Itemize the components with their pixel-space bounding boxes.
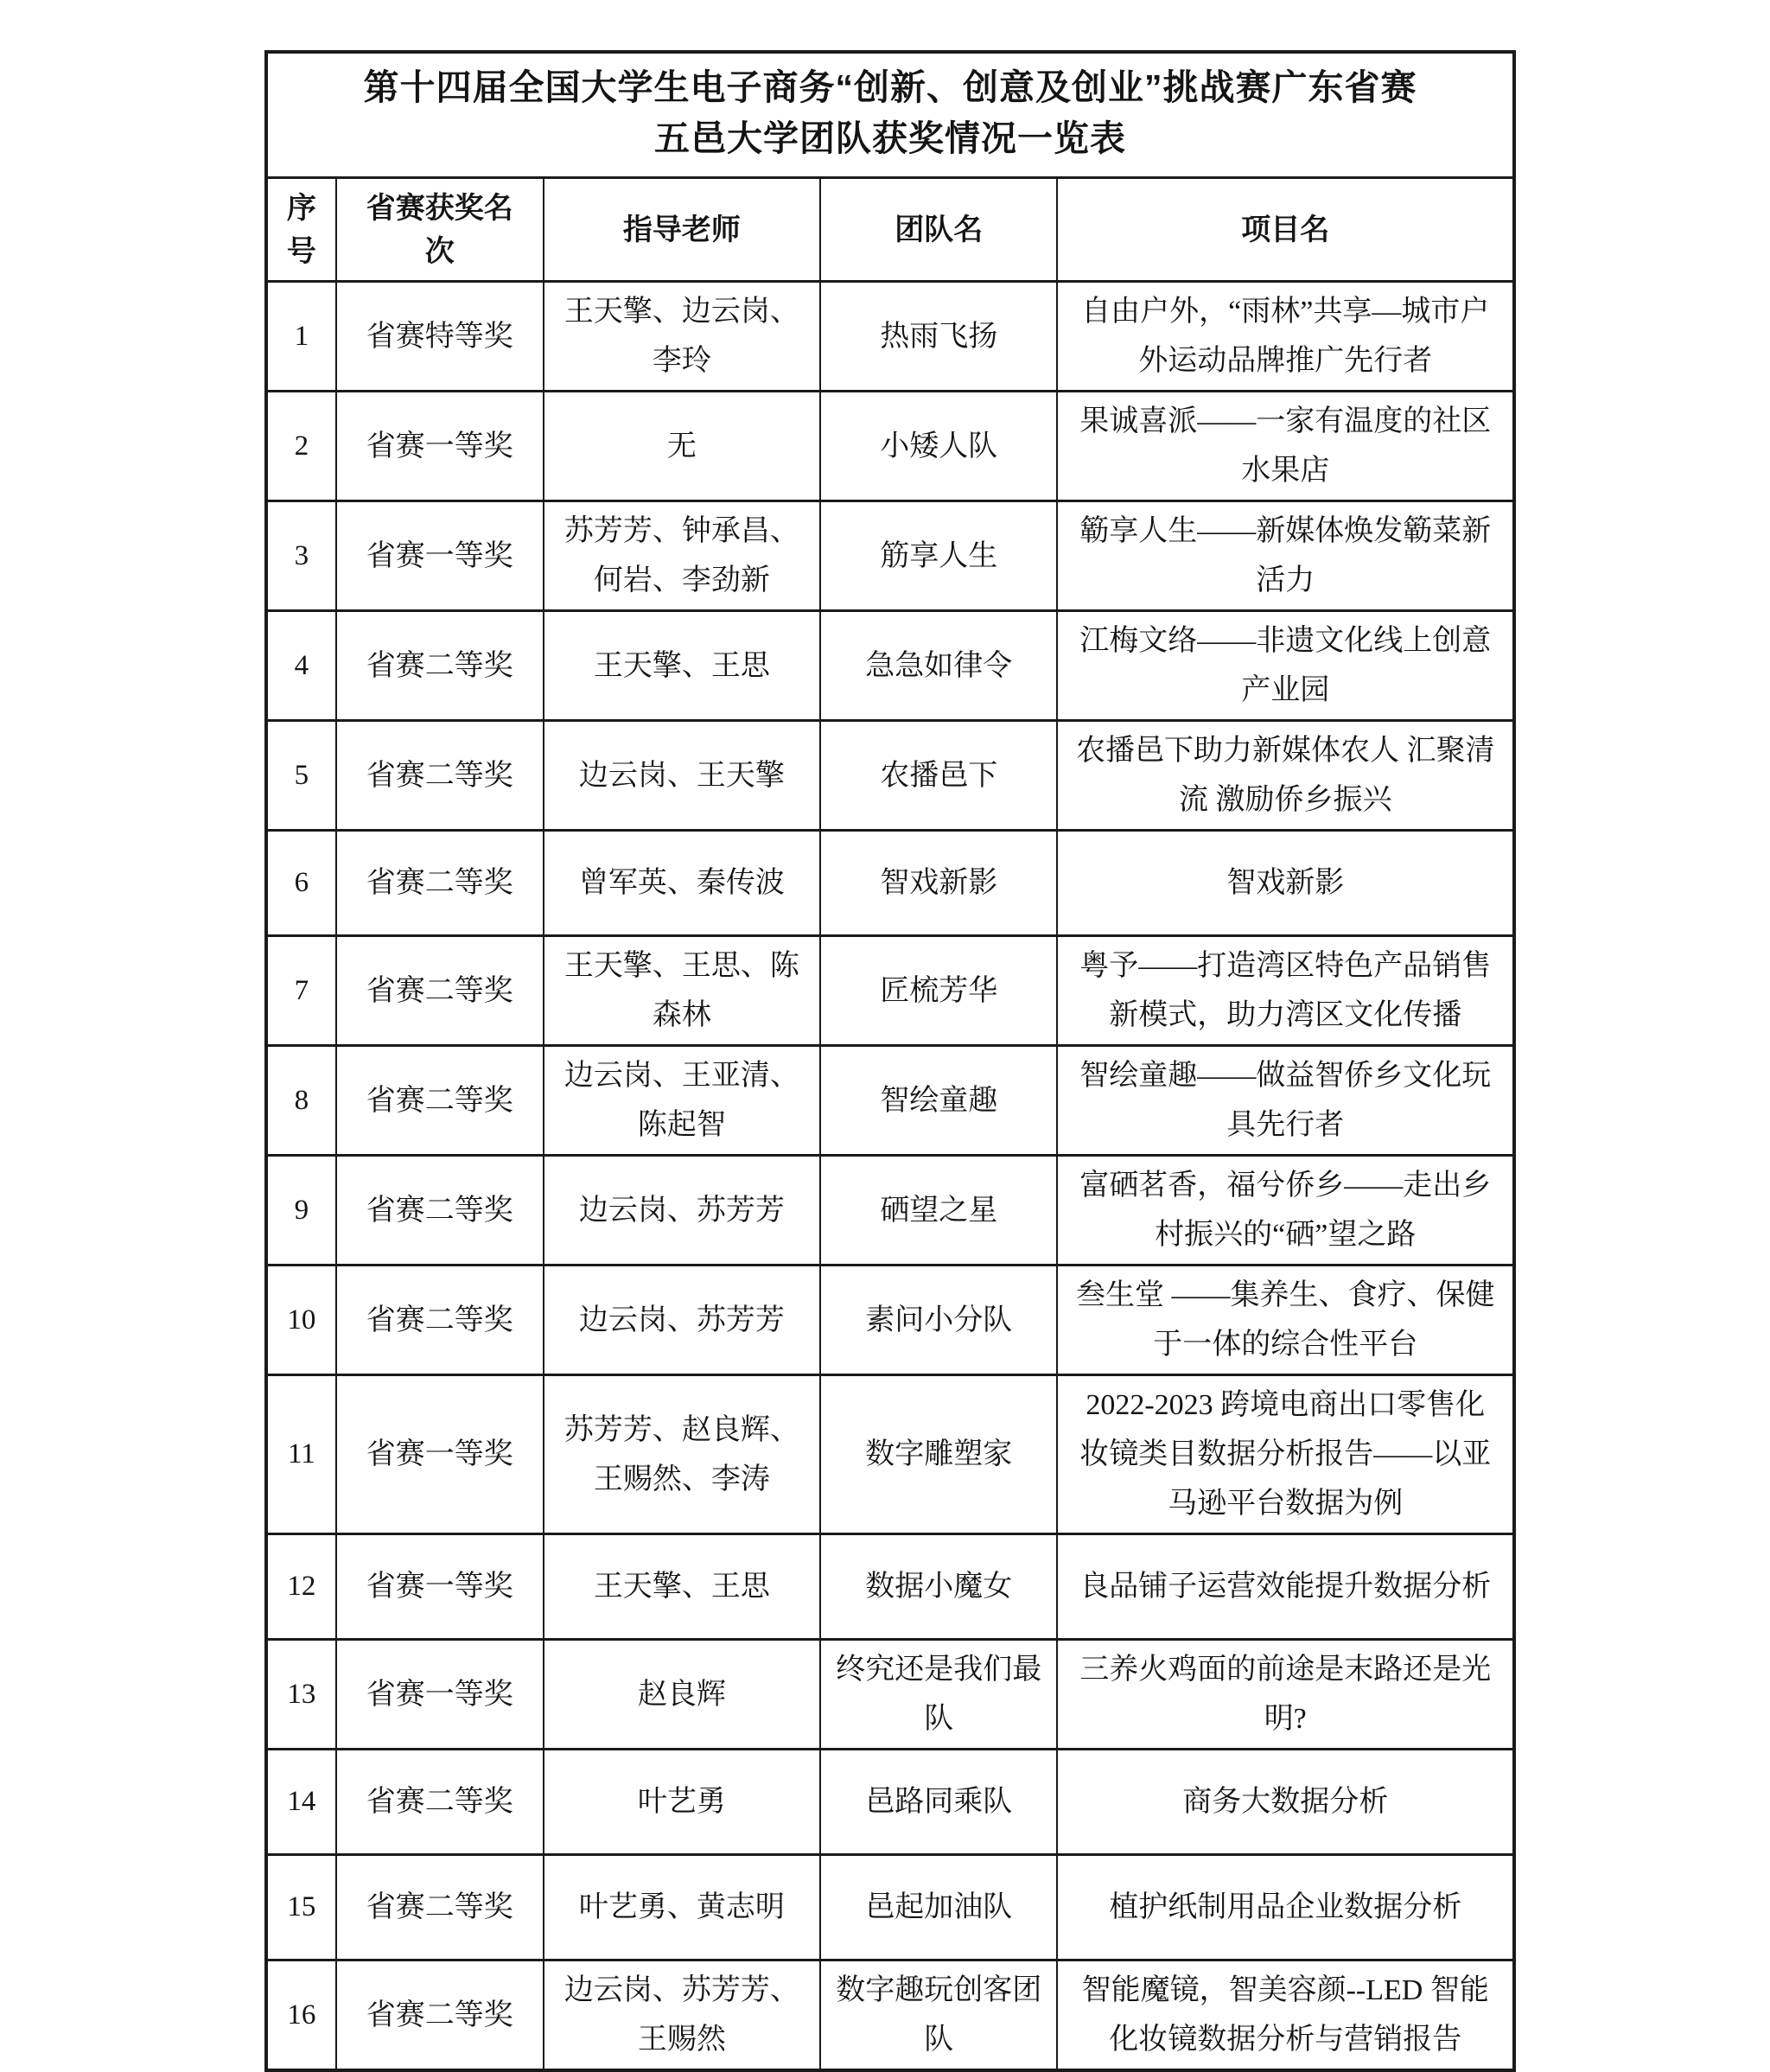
cell-serial-number: 10 — [266, 1266, 336, 1375]
title-line-1: 第十四届全国大学生电子商务“创新、创意及创业”挑战赛广东省赛 — [289, 62, 1492, 113]
award-table: 第十四届全国大学生电子商务“创新、创意及创业”挑战赛广东省赛 五邑大学团队获奖情… — [264, 50, 1516, 2072]
cell-serial-number: 7 — [266, 936, 336, 1046]
table-row: 15 省赛二等奖 叶艺勇、黄志明 邑起加油队 植护纸制用品企业数据分析 — [266, 1855, 1514, 1960]
cell-award-rank: 省赛一等奖 — [336, 1375, 544, 1534]
cell-project-name: 智绘童趣——做益智侨乡文化玩具先行者 — [1057, 1046, 1514, 1156]
cell-teachers: 边云岗、苏芳芳 — [544, 1156, 821, 1266]
cell-project-name: 农播邑下助力新媒体农人 汇聚清流 激励侨乡振兴 — [1057, 721, 1514, 831]
cell-serial-number: 9 — [266, 1156, 336, 1266]
table-row: 14 省赛二等奖 叶艺勇 邑路同乘队 商务大数据分析 — [266, 1750, 1514, 1855]
cell-serial-number: 12 — [266, 1534, 336, 1640]
cell-serial-number: 15 — [266, 1855, 336, 1960]
table-row: 16 省赛二等奖 边云岗、苏芳芳、王赐然 数字趣玩创客团队 智能魔镜，智美容颜-… — [266, 1960, 1514, 2071]
cell-serial-number: 4 — [266, 611, 336, 721]
table-row: 10 省赛二等奖 边云岗、苏芳芳 素问小分队 叁生堂 ——集养生、食疗、保健于一… — [266, 1266, 1514, 1375]
cell-teachers: 叶艺勇、黄志明 — [544, 1855, 821, 1960]
cell-team-name: 数字雕塑家 — [820, 1375, 1057, 1534]
table-row: 4 省赛二等奖 王天擎、王思 急急如律令 江梅文络——非遗文化线上创意产业园 — [266, 611, 1514, 721]
table-row: 3 省赛一等奖 苏芳芳、钟承昌、何岩、李劲新 筋享人生 簕享人生——新媒体焕发簕… — [266, 501, 1514, 611]
cell-teachers: 王天擎、王思 — [544, 611, 821, 721]
cell-project-name: 2022-2023 跨境电商出口零售化妆镜类目数据分析报告——以亚马逊平台数据为… — [1057, 1375, 1514, 1534]
table-row: 7 省赛二等奖 王天擎、王思、陈森林 匠梳芳华 粤予——打造湾区特色产品销售新模… — [266, 936, 1514, 1046]
table-row: 2 省赛一等奖 无 小矮人队 果诚喜派——一家有温度的社区水果店 — [266, 392, 1514, 501]
cell-teachers: 曾军英、秦传波 — [544, 831, 821, 936]
cell-team-name: 邑起加油队 — [820, 1855, 1057, 1960]
cell-team-name: 硒望之星 — [820, 1156, 1057, 1266]
cell-serial-number: 1 — [266, 282, 336, 392]
cell-project-name: 粤予——打造湾区特色产品销售新模式，助力湾区文化传播 — [1057, 936, 1514, 1046]
cell-serial-number: 8 — [266, 1046, 336, 1156]
cell-award-rank: 省赛二等奖 — [336, 611, 544, 721]
table-row: 9 省赛二等奖 边云岗、苏芳芳 硒望之星 富硒茗香，福兮侨乡——走出乡村振兴的“… — [266, 1156, 1514, 1266]
cell-team-name: 匠梳芳华 — [820, 936, 1057, 1046]
cell-project-name: 富硒茗香，福兮侨乡——走出乡村振兴的“硒”望之路 — [1057, 1156, 1514, 1266]
header-row: 序号 省赛获奖名次 指导老师 团队名 项目名 — [266, 178, 1514, 282]
document-page: 第十四届全国大学生电子商务“创新、创意及创业”挑战赛广东省赛 五邑大学团队获奖情… — [0, 0, 1770, 2072]
table-title: 第十四届全国大学生电子商务“创新、创意及创业”挑战赛广东省赛 五邑大学团队获奖情… — [266, 52, 1514, 178]
cell-teachers: 边云岗、苏芳芳 — [544, 1266, 821, 1375]
cell-team-name: 热雨飞扬 — [820, 282, 1057, 392]
cell-team-name: 数字趣玩创客团队 — [820, 1960, 1057, 2071]
cell-award-rank: 省赛一等奖 — [336, 1640, 544, 1750]
table-row: 1 省赛特等奖 王天擎、边云岗、李玲 热雨飞扬 自由户外，“雨林”共享—城市户外… — [266, 282, 1514, 392]
col-header-award: 省赛获奖名次 — [336, 178, 544, 282]
cell-teachers: 苏芳芳、赵良辉、王赐然、李涛 — [544, 1375, 821, 1534]
cell-team-name: 农播邑下 — [820, 721, 1057, 831]
cell-team-name: 终究还是我们最队 — [820, 1640, 1057, 1750]
cell-award-rank: 省赛二等奖 — [336, 1156, 544, 1266]
cell-award-rank: 省赛一等奖 — [336, 501, 544, 611]
cell-award-rank: 省赛二等奖 — [336, 721, 544, 831]
cell-award-rank: 省赛一等奖 — [336, 1534, 544, 1640]
cell-project-name: 自由户外，“雨林”共享—城市户外运动品牌推广先行者 — [1057, 282, 1514, 392]
cell-teachers: 王天擎、王思、陈森林 — [544, 936, 821, 1046]
table-row: 12 省赛一等奖 王天擎、王思 数据小魔女 良品铺子运营效能提升数据分析 — [266, 1534, 1514, 1640]
cell-award-rank: 省赛特等奖 — [336, 282, 544, 392]
cell-team-name: 智绘童趣 — [820, 1046, 1057, 1156]
cell-teachers: 王天擎、边云岗、李玲 — [544, 282, 821, 392]
cell-teachers: 苏芳芳、钟承昌、何岩、李劲新 — [544, 501, 821, 611]
cell-project-name: 三养火鸡面的前途是末路还是光明? — [1057, 1640, 1514, 1750]
cell-project-name: 商务大数据分析 — [1057, 1750, 1514, 1855]
cell-serial-number: 16 — [266, 1960, 336, 2071]
cell-serial-number: 14 — [266, 1750, 336, 1855]
cell-teachers: 叶艺勇 — [544, 1750, 821, 1855]
title-row: 第十四届全国大学生电子商务“创新、创意及创业”挑战赛广东省赛 五邑大学团队获奖情… — [266, 52, 1514, 178]
title-line-2: 五邑大学团队获奖情况一览表 — [289, 113, 1492, 164]
cell-project-name: 江梅文络——非遗文化线上创意产业园 — [1057, 611, 1514, 721]
cell-teachers: 边云岗、王天擎 — [544, 721, 821, 831]
cell-serial-number: 5 — [266, 721, 336, 831]
cell-team-name: 素问小分队 — [820, 1266, 1057, 1375]
cell-serial-number: 13 — [266, 1640, 336, 1750]
cell-award-rank: 省赛二等奖 — [336, 1750, 544, 1855]
cell-team-name: 小矮人队 — [820, 392, 1057, 501]
cell-project-name: 果诚喜派——一家有温度的社区水果店 — [1057, 392, 1514, 501]
table-row: 6 省赛二等奖 曾军英、秦传波 智戏新影 智戏新影 — [266, 831, 1514, 936]
cell-teachers: 赵良辉 — [544, 1640, 821, 1750]
col-header-teacher: 指导老师 — [544, 178, 821, 282]
table-row: 5 省赛二等奖 边云岗、王天擎 农播邑下 农播邑下助力新媒体农人 汇聚清流 激励… — [266, 721, 1514, 831]
cell-project-name: 植护纸制用品企业数据分析 — [1057, 1855, 1514, 1960]
cell-award-rank: 省赛二等奖 — [336, 831, 544, 936]
col-header-no: 序号 — [266, 178, 336, 282]
cell-team-name: 急急如律令 — [820, 611, 1057, 721]
table-row: 11 省赛一等奖 苏芳芳、赵良辉、王赐然、李涛 数字雕塑家 2022-2023 … — [266, 1375, 1514, 1534]
cell-award-rank: 省赛二等奖 — [336, 936, 544, 1046]
cell-award-rank: 省赛二等奖 — [336, 1855, 544, 1960]
col-header-team: 团队名 — [820, 178, 1057, 282]
cell-project-name: 叁生堂 ——集养生、食疗、保健于一体的综合性平台 — [1057, 1266, 1514, 1375]
table-row: 8 省赛二等奖 边云岗、王亚清、陈起智 智绘童趣 智绘童趣——做益智侨乡文化玩具… — [266, 1046, 1514, 1156]
table-row: 13 省赛一等奖 赵良辉 终究还是我们最队 三养火鸡面的前途是末路还是光明? — [266, 1640, 1514, 1750]
col-header-project: 项目名 — [1057, 178, 1514, 282]
cell-teachers: 无 — [544, 392, 821, 501]
cell-serial-number: 11 — [266, 1375, 336, 1534]
cell-team-name: 邑路同乘队 — [820, 1750, 1057, 1855]
cell-teachers: 边云岗、王亚清、陈起智 — [544, 1046, 821, 1156]
cell-award-rank: 省赛二等奖 — [336, 1266, 544, 1375]
cell-teachers: 王天擎、王思 — [544, 1534, 821, 1640]
cell-award-rank: 省赛二等奖 — [336, 1046, 544, 1156]
cell-project-name: 簕享人生——新媒体焕发簕菜新活力 — [1057, 501, 1514, 611]
cell-project-name: 智戏新影 — [1057, 831, 1514, 936]
cell-award-rank: 省赛一等奖 — [336, 392, 544, 501]
cell-teachers: 边云岗、苏芳芳、王赐然 — [544, 1960, 821, 2071]
cell-award-rank: 省赛二等奖 — [336, 1960, 544, 2071]
cell-serial-number: 6 — [266, 831, 336, 936]
cell-project-name: 良品铺子运营效能提升数据分析 — [1057, 1534, 1514, 1640]
cell-team-name: 智戏新影 — [820, 831, 1057, 936]
cell-serial-number: 2 — [266, 392, 336, 501]
cell-project-name: 智能魔镜，智美容颜--LED 智能化妆镜数据分析与营销报告 — [1057, 1960, 1514, 2071]
cell-team-name: 筋享人生 — [820, 501, 1057, 611]
cell-serial-number: 3 — [266, 501, 336, 611]
cell-team-name: 数据小魔女 — [820, 1534, 1057, 1640]
